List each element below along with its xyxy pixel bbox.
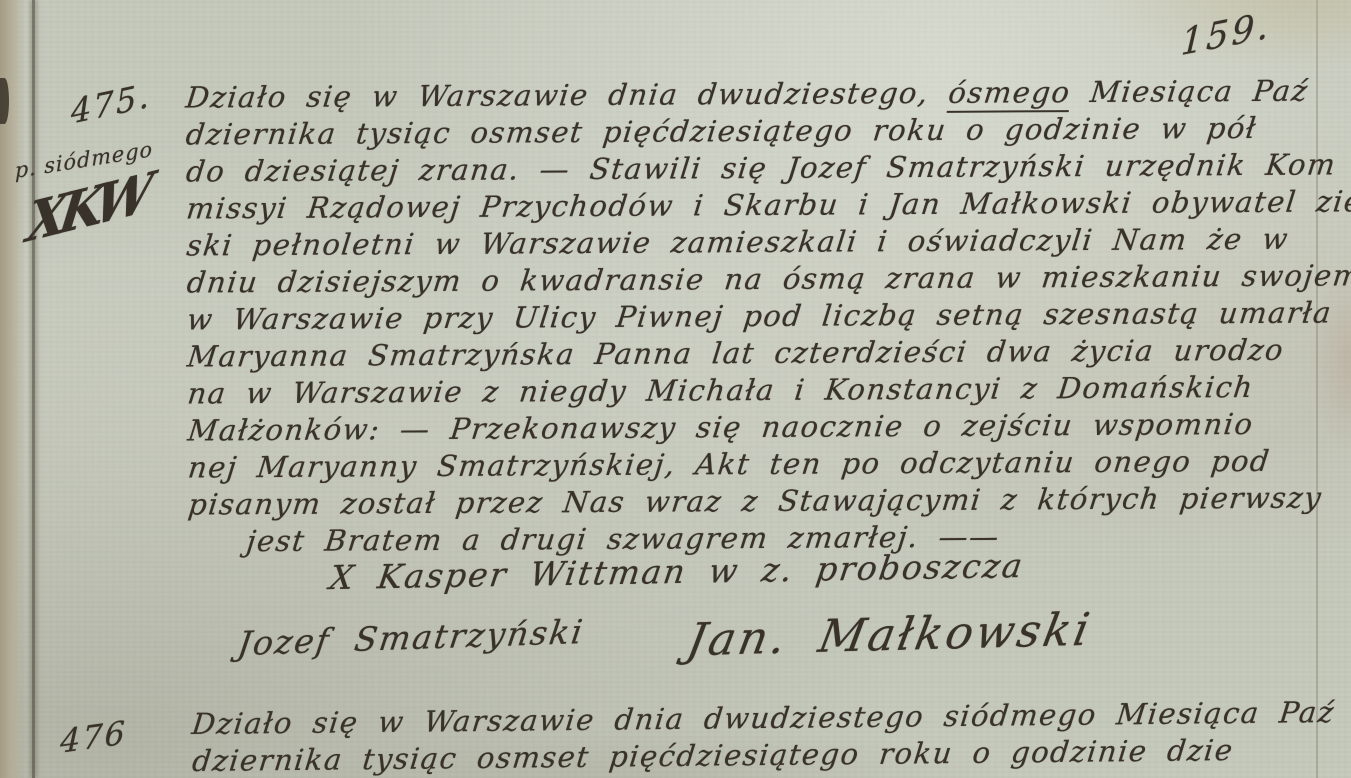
- document-scan: 159. 475. p. siódmego XKW Działo się w W…: [0, 0, 1351, 778]
- witness-signature-jan: Jan. Małkowski: [683, 603, 1096, 667]
- line-text: Miesiąca Paź: [1088, 74, 1310, 109]
- witness-signature-jozef: Jozef Smatrzyński: [235, 612, 586, 663]
- line-text: Działo się w Warszawie dnia dwudziestego…: [184, 76, 931, 115]
- record-body: Działo się w Warszawie dnia dwudziestego…: [190, 694, 1341, 778]
- record-number: 476: [60, 713, 128, 761]
- edge-ink-mark: [0, 78, 9, 124]
- gutter-crease: [32, 0, 35, 778]
- underlined-word: ósmego: [946, 75, 1072, 113]
- record-body: Działo się w Warszawie dnia dwudziestego…: [184, 72, 1337, 560]
- record-number: 475.: [70, 75, 151, 132]
